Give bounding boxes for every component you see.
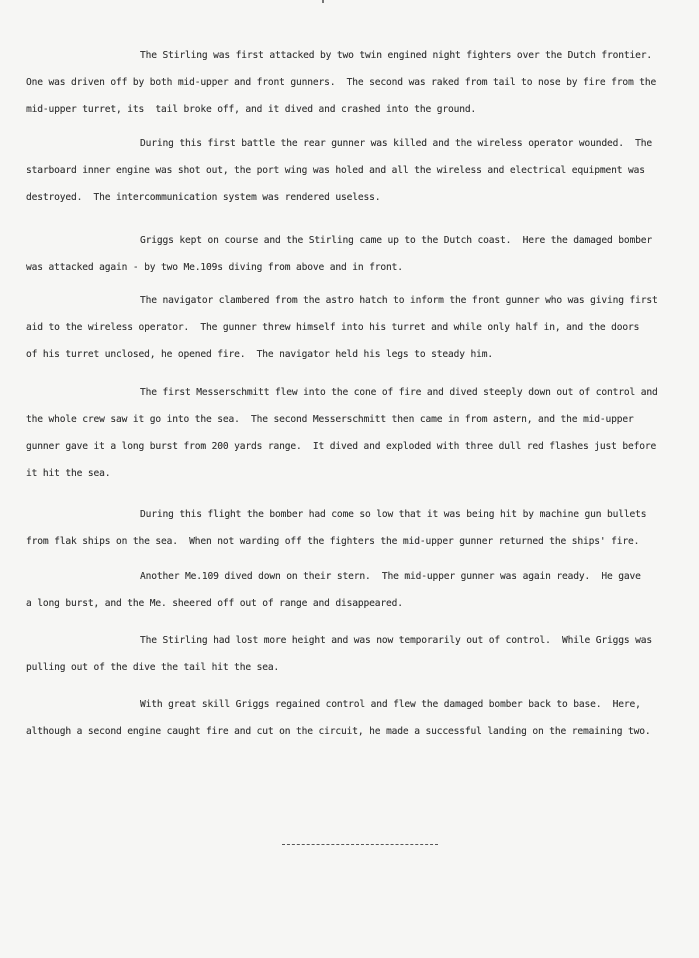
text-line: One was driven off by both mid-upper and…	[26, 69, 686, 96]
text-line: of his turret unclosed, he opened fire. …	[26, 341, 686, 368]
paragraph-8: The Stirling had lost more height and wa…	[26, 627, 686, 681]
paragraph-5: The first Messerschmitt flew into the co…	[26, 379, 686, 487]
text-line: the whole crew saw it go into the sea. T…	[26, 406, 686, 433]
paragraph-3: Griggs kept on course and the Stirling c…	[26, 227, 686, 281]
end-rule-divider	[282, 844, 438, 845]
text-line: from flak ships on the sea. When not war…	[26, 528, 686, 555]
page-mark	[322, 0, 324, 3]
typewritten-page: The Stirling was first attacked by two t…	[0, 0, 699, 958]
text-line: a long burst, and the Me. sheered off ou…	[26, 590, 686, 617]
paragraph-1: The Stirling was first attacked by two t…	[26, 42, 686, 123]
text-line: The first Messerschmitt flew into the co…	[26, 379, 686, 406]
text-line: although a second engine caught fire and…	[26, 718, 686, 745]
paragraph-7: Another Me.109 dived down on their stern…	[26, 563, 686, 617]
paragraph-4: The navigator clambered from the astro h…	[26, 287, 686, 368]
text-line: With great skill Griggs regained control…	[26, 691, 686, 718]
text-line: starboard inner engine was shot out, the…	[26, 157, 686, 184]
text-line: The navigator clambered from the astro h…	[26, 287, 686, 314]
text-line: destroyed. The intercommunication system…	[26, 184, 686, 211]
paragraph-6: During this flight the bomber had come s…	[26, 501, 686, 555]
text-line: aid to the wireless operator. The gunner…	[26, 314, 686, 341]
text-line: mid-upper turret, its tail broke off, an…	[26, 96, 686, 123]
paragraph-9: With great skill Griggs regained control…	[26, 691, 686, 745]
text-line: gunner gave it a long burst from 200 yar…	[26, 433, 686, 460]
text-line: pulling out of the dive the tail hit the…	[26, 654, 686, 681]
text-line: During this first battle the rear gunner…	[26, 130, 686, 157]
text-line: Griggs kept on course and the Stirling c…	[26, 227, 686, 254]
paragraph-2: During this first battle the rear gunner…	[26, 130, 686, 211]
text-line: it hit the sea.	[26, 460, 686, 487]
text-line: Another Me.109 dived down on their stern…	[26, 563, 686, 590]
text-line: During this flight the bomber had come s…	[26, 501, 686, 528]
text-line: was attacked again - by two Me.109s divi…	[26, 254, 686, 281]
text-line: The Stirling was first attacked by two t…	[26, 42, 686, 69]
text-line: The Stirling had lost more height and wa…	[26, 627, 686, 654]
